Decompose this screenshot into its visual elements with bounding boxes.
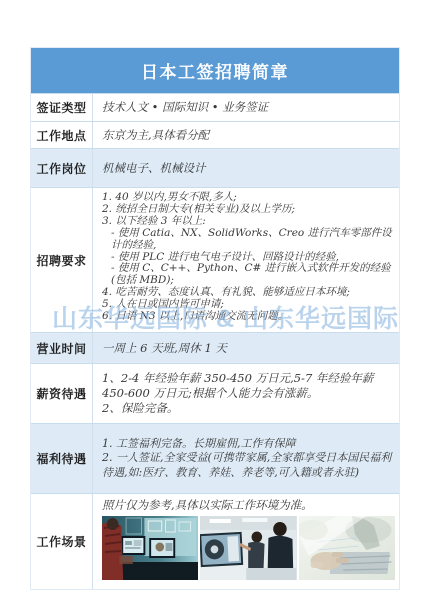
requirement-line: 6. 日语 N3 以上,口语沟通交流无问题。 bbox=[102, 311, 393, 323]
row-label-visa-type: 签证类型 bbox=[31, 94, 93, 121]
job-position-value: 机械电子、机械设计 bbox=[102, 161, 393, 176]
work-scene-photos bbox=[102, 516, 395, 580]
hands-machine-photo bbox=[299, 516, 395, 580]
table-row-salary: 薪资待遇 1、2-4 年经验年薪 350-450 万日元,5-7 年经验年薪 4… bbox=[31, 363, 399, 423]
salary-line: 1、2-4 年经验年薪 350-450 万日元,5-7 年经验年薪 450-60… bbox=[102, 371, 393, 401]
requirement-line: 3. 以下经验 3 年以上: bbox=[102, 216, 393, 228]
row-label-work-location: 工作地点 bbox=[31, 122, 93, 148]
welfare-line: 2. 一人签证,全家受益(可携带家属,全家都享受日本国民福利待遇,如:医疗、教育… bbox=[102, 451, 393, 479]
cad-workstation-photo bbox=[102, 516, 198, 580]
row-content-welfare: 1. 工签福利完备。长期雇佣,工作有保障 2. 一人签证,全家受益(可携带家属,… bbox=[93, 424, 399, 493]
table-row-visa-type: 签证类型 技术人文 • 国际知识 • 业务签证 bbox=[31, 93, 399, 121]
row-content-work-scene: 照片仅为参考,具体以实际工作环境为准。 bbox=[93, 494, 399, 589]
business-hours-value: 一周上 6 天班,周休 1 天 bbox=[102, 341, 393, 356]
table-row-requirements: 招聘要求 1. 40 岁以内,男女不限,多人; 2. 统招全日制大专(相关专业)… bbox=[31, 187, 399, 332]
row-label-salary: 薪资待遇 bbox=[31, 364, 93, 423]
row-label-requirements: 招聘要求 bbox=[31, 188, 93, 332]
work-location-value: 东京为主,具体看分配 bbox=[102, 128, 393, 143]
row-content-job-position: 机械电子、机械设计 bbox=[93, 149, 399, 187]
requirement-subline: - 使用 C、C++、Python、C# 进行嵌入式软件开发的经验(包括 MBD… bbox=[102, 263, 393, 287]
row-content-business-hours: 一周上 6 天班,周休 1 天 bbox=[93, 333, 399, 363]
visa-type-value: 技术人文 • 国际知识 • 业务签证 bbox=[102, 100, 393, 115]
table-row-welfare: 福利待遇 1. 工签福利完备。长期雇佣,工作有保障 2. 一人签证,全家受益(可… bbox=[31, 423, 399, 493]
row-content-requirements: 1. 40 岁以内,男女不限,多人; 2. 统招全日制大专(相关专业)及以上学历… bbox=[93, 188, 399, 332]
row-content-salary: 1、2-4 年经验年薪 350-450 万日元,5-7 年经验年薪 450-60… bbox=[93, 364, 399, 423]
row-label-welfare: 福利待遇 bbox=[31, 424, 93, 493]
row-label-work-scene: 工作场景 bbox=[31, 494, 93, 589]
row-content-work-location: 东京为主,具体看分配 bbox=[93, 122, 399, 148]
row-content-visa-type: 技术人文 • 国际知识 • 业务签证 bbox=[93, 94, 399, 121]
photo-disclaimer: 照片仅为参考,具体以实际工作环境为准。 bbox=[102, 498, 395, 513]
table-row-business-hours: 营业时间 一周上 6 天班,周休 1 天 bbox=[31, 332, 399, 363]
row-label-business-hours: 营业时间 bbox=[31, 333, 93, 363]
table-title: 日本工签招聘简章 bbox=[31, 48, 399, 93]
engineers-review-photo bbox=[200, 516, 296, 580]
row-label-job-position: 工作岗位 bbox=[31, 149, 93, 187]
salary-line: 2、保险完备。 bbox=[102, 401, 393, 416]
table-row-work-location: 工作地点 东京为主,具体看分配 bbox=[31, 121, 399, 148]
table-row-job-position: 工作岗位 机械电子、机械设计 bbox=[31, 148, 399, 187]
document-page: 日本工签招聘简章 签证类型 技术人文 • 国际知识 • 业务签证 工作地点 东京… bbox=[0, 0, 424, 600]
welfare-line: 1. 工签福利完备。长期雇佣,工作有保障 bbox=[102, 437, 393, 451]
recruitment-table: 日本工签招聘简章 签证类型 技术人文 • 国际知识 • 业务签证 工作地点 东京… bbox=[30, 47, 400, 590]
requirement-subline: - 使用 Catia、NX、SolidWorks、Creo 进行汽车零部件设计的… bbox=[102, 228, 393, 252]
table-row-work-scene: 工作场景 照片仅为参考,具体以实际工作环境为准。 bbox=[31, 493, 399, 589]
